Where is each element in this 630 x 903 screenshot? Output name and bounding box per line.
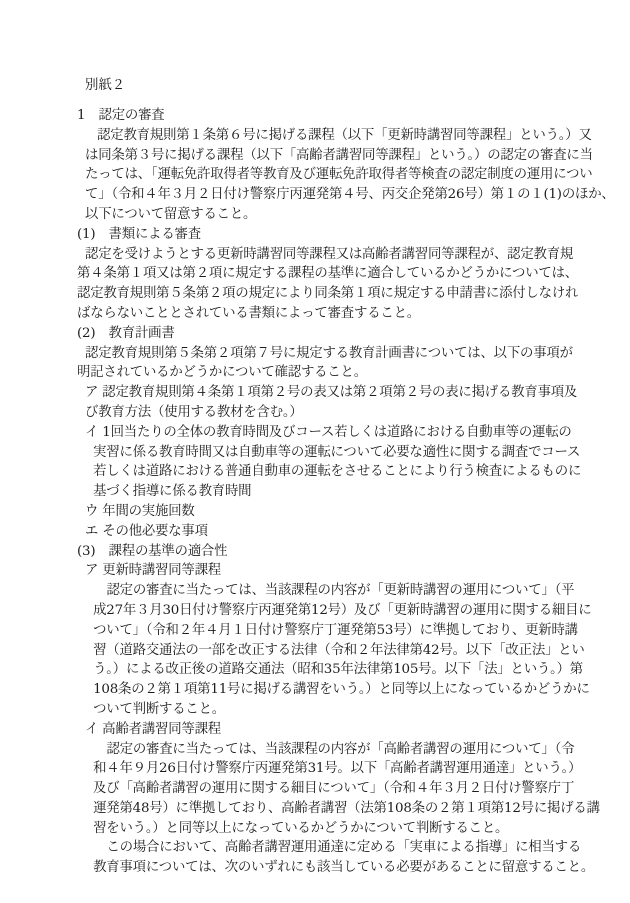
- document-line: 運発第48号）に準拠しており、高齢者講習（法第108条の２第１項第12号に掲げる…: [77, 799, 577, 819]
- document-line: 108条の２第１項第11号に掲げる講習をいう。）と同等以上になっているかどうかに: [77, 680, 577, 700]
- document-line: 及び「高齢者講習の運用に関する細目について」（令和４年３月２日付け警察庁丁: [77, 779, 577, 799]
- document-line: 明記されているかどうかについて確認すること。: [77, 363, 577, 383]
- document-line: イ 高齢者講習同等課程: [77, 720, 577, 740]
- document-line: 実習に係る教育時間又は自動車等の運転について必要な適性に関する調査でコース: [77, 443, 577, 463]
- document-line: ア 更新時講習同等課程: [77, 561, 577, 581]
- document-line: 習をいう。）と同等以上になっているかどうかについて判断すること。: [77, 819, 577, 839]
- document-line: ついて判断すること。: [77, 700, 577, 720]
- document-line: たっては、「運転免許取得者等教育及び運転免許取得者等検査の認定制度の運用につい: [77, 165, 577, 185]
- document-line: イ 1回当たりの全体の教育時間及びコース若しくは道路における自動車等の運転の: [77, 423, 577, 443]
- document-line: 認定を受けようとする更新時講習同等課程又は高齢者講習同等課程が、認定教育規: [77, 245, 577, 265]
- document-line: 和４年９月26日付け警察庁丙運発第31号。以下「高齢者講習運用通達」という。）: [77, 759, 577, 779]
- document-line: (2) 教育計画書: [77, 324, 577, 344]
- document-line: 教育事項については、次のいずれにも該当している必要があることに留意すること。: [77, 858, 577, 878]
- document-line: う。）による改正後の道路交通法（昭和35年法律第105号。以下「法」という。）第: [77, 660, 577, 680]
- document-line: び教育方法（使用する教材を含む。）: [77, 403, 577, 423]
- document-line: 1 認定の審査: [77, 106, 577, 126]
- document-line: ウ 年間の実施回数: [77, 502, 577, 522]
- document-line: ついて」（令和２年４月１日付け警察庁丁運発第53号）に準拠しており、更新時講: [77, 621, 577, 641]
- document-line: 認定教育規則第５条第２項の規定により同条第１項に規定する申請書に添付しなけれ: [77, 284, 577, 304]
- document-line: 第４条第１項又は第２項に規定する課程の基準に適合しているかどうかについては、: [77, 264, 577, 284]
- document-line: この場合において、高齢者講習運用通達に定める「実車による指導」に相当する: [77, 838, 577, 858]
- document-line: ア 認定教育規則第４条第１項第２号の表又は第２項第２号の表に掲げる教育事項及: [77, 383, 577, 403]
- document-line: (3) 課程の基準の適合性: [77, 542, 577, 562]
- document-line: 認定の審査に当たっては、当該課程の内容が「高齢者講習の運用について」（令: [77, 740, 577, 760]
- document-body: 1 認定の審査認定教育規則第１条第６号に掲げる課程（以下「更新時講習同等課程」と…: [77, 106, 577, 878]
- document-line: 若しくは道路における普通自動車の運転をさせることにより行う検査によるものに: [77, 462, 577, 482]
- attachment-label: 別紙２: [77, 76, 125, 96]
- document-line: 認定教育規則第５条第２項第７号に規定する教育計画書については、以下の事項が: [77, 344, 577, 364]
- document-line: て」（令和４年３月２日付け警察庁丙運発第４号、丙交企発第26号）第１の１(1)の…: [77, 185, 577, 205]
- document-line: は同条第３号に掲げる課程（以下「高齢者講習同等課程」という。）の認定の審査に当: [77, 146, 577, 166]
- document-line: ばならないこととされている書類によって審査すること。: [77, 304, 577, 324]
- document-line: 成27年３月30日付け警察庁丙運発第12号）及び「更新時講習の運用に関する細目に: [77, 601, 577, 621]
- document-line: 認定教育規則第１条第６号に掲げる課程（以下「更新時講習同等課程」という。）又: [77, 126, 577, 146]
- document-line: (1) 書類による審査: [77, 225, 577, 245]
- document-line: 習（道路交通法の一部を改正する法律（令和２年法律第42号。以下「改正法」とい: [77, 641, 577, 661]
- document-line: 以下について留意すること。: [77, 205, 577, 225]
- document-line: エ その他必要な事項: [77, 522, 577, 542]
- document-page: 別紙２ 1 認定の審査認定教育規則第１条第６号に掲げる課程（以下「更新時講習同等…: [0, 0, 630, 903]
- document-line: 認定の審査に当たっては、当該課程の内容が「更新時講習の運用について」（平: [77, 581, 577, 601]
- document-line: 基づく指導に係る教育時間: [77, 482, 577, 502]
